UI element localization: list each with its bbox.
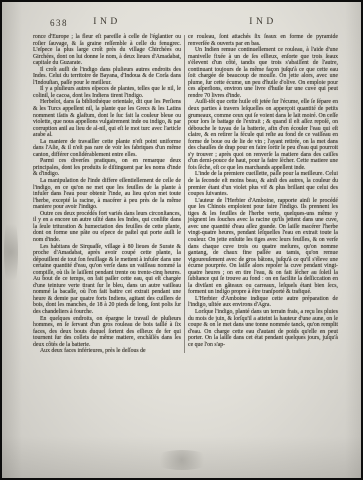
- paragraph: Il croît auſſi de l'indigo dans pluſieur…: [33, 67, 181, 87]
- paragraph: Aux deux faces inférieures, près le deſſ…: [33, 348, 181, 355]
- paragraph: Outre ces deux procédés fort variés dans…: [33, 211, 181, 244]
- paragraph: Les habitans de Sirquaſſe, village à 80 …: [33, 244, 181, 316]
- scan-artifact: [152, 450, 212, 470]
- text-body: ronce d'Europe ; la fleur eſt pareille à…: [33, 34, 338, 355]
- paragraph: L'inde de la premiere cueillette, paſſe …: [188, 171, 338, 197]
- paragraph: Auſſi-tôt que cette huile eſt jetée ſur …: [188, 99, 338, 171]
- paragraph: L'Herbier d'Amboine indique cette autre …: [188, 296, 338, 309]
- paragraph: En quelques endroits, on épargne le trav…: [33, 316, 181, 349]
- paragraph: La manipulation de l'inde differe eſſent…: [33, 178, 181, 211]
- running-title-left: IND: [33, 17, 181, 27]
- paragraph: Il y a pluſieurs autres eſpeces de plant…: [33, 86, 181, 99]
- paragraph: La maniere de travailler cette plante n'…: [33, 139, 181, 159]
- running-header: 638 IND IND: [33, 17, 338, 34]
- paragraph: ronce d'Europe ; la fleur eſt pareille à…: [33, 34, 181, 67]
- scanned-book-page: 638 IND IND ronce d'Europe ; la fleur eſ…: [0, 0, 363, 480]
- paragraph: Un Indien remue continuellement ce roule…: [188, 47, 338, 99]
- paragraph: Parmi ces diverſes pratiques, on en rema…: [33, 158, 181, 178]
- page: 638 IND IND ronce d'Europe ; la fleur eſ…: [33, 17, 338, 355]
- paragraph: Lorſque l'indigo, planté dans un terrain…: [188, 309, 338, 348]
- paragraph: Herbelot, dans ſa bibliothèque orientale…: [33, 99, 181, 138]
- paragraph: L'auteur de l'Herbier d'Amboine, rapport…: [188, 198, 338, 296]
- paragraph: ce rouleau, ſont attachés ſix ſeaux en f…: [188, 34, 338, 47]
- right-column: ce rouleau, ſont attachés ſix ſeaux en f…: [188, 34, 338, 355]
- column-divider: [184, 35, 185, 353]
- running-title-right: IND: [188, 17, 338, 27]
- scan-artifact: [4, 212, 18, 292]
- left-column: ronce d'Europe ; la fleur eſt pareille à…: [33, 34, 181, 355]
